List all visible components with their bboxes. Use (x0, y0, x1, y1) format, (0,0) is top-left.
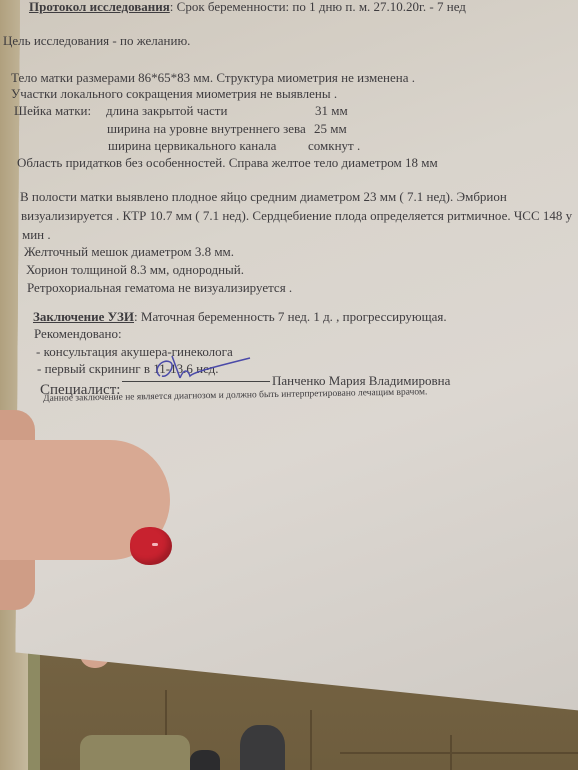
pregnancy-term: : Срок беременности: по 1 дню п. м. 27.1… (170, 0, 466, 14)
tile-seam (340, 752, 578, 754)
shoe (240, 725, 285, 770)
cervix-label: Шейка матки: (14, 104, 91, 117)
local-contraction: Участки локального сокращения миометрия … (11, 87, 337, 100)
report-header: Протокол исследования: Срок беременности… (29, 0, 466, 13)
finding-line: Ретрохориальная гематома не визуализируе… (27, 281, 292, 294)
cervix-row-value: сомкнут . (308, 139, 360, 152)
specialist-name: Панченко Мария Владимировна (272, 374, 450, 387)
exam-purpose: Цель исследования - по желанию. (3, 34, 190, 47)
cervix-row-label: ширина на уровне внутреннего зева (107, 122, 306, 135)
recommendations-label: Рекомендовано: (34, 327, 122, 340)
conclusion-label: Заключение УЗИ (33, 309, 134, 324)
finding-line: визуализируется . КТР 10.7 мм ( 7.1 нед)… (21, 209, 572, 222)
conclusion-text: : Маточная беременность 7 нед. 1 д. , пр… (134, 309, 447, 324)
tile-seam (310, 710, 312, 770)
coat-fabric (80, 735, 190, 770)
signature-icon (150, 352, 260, 384)
conclusion: Заключение УЗИ: Маточная беременность 7 … (33, 310, 447, 323)
finding-line: В полости матки выявлено плодное яйцо ср… (20, 190, 507, 203)
red-fingernail (130, 527, 172, 565)
signature-line (122, 381, 270, 382)
cervix-row-label: ширина цервикального канала (108, 139, 276, 152)
cervix-row-value: 25 мм (314, 122, 347, 135)
shoe (190, 750, 220, 770)
uterus-body: Тело матки размерами 86*65*83 мм. Структ… (11, 71, 415, 84)
finding-line: Желточный мешок диаметром 3.8 мм. (24, 245, 234, 258)
protocol-label: Протокол исследования (29, 0, 170, 14)
adnexa: Область придатков без особенностей. Спра… (17, 156, 438, 169)
cervix-row-label: длина закрытой части (106, 104, 227, 117)
finding-line: мин . (22, 228, 51, 241)
cervix-row-value: 31 мм (315, 104, 348, 117)
finding-line: Хорион толщиной 8.3 мм, однородный. (26, 263, 244, 276)
